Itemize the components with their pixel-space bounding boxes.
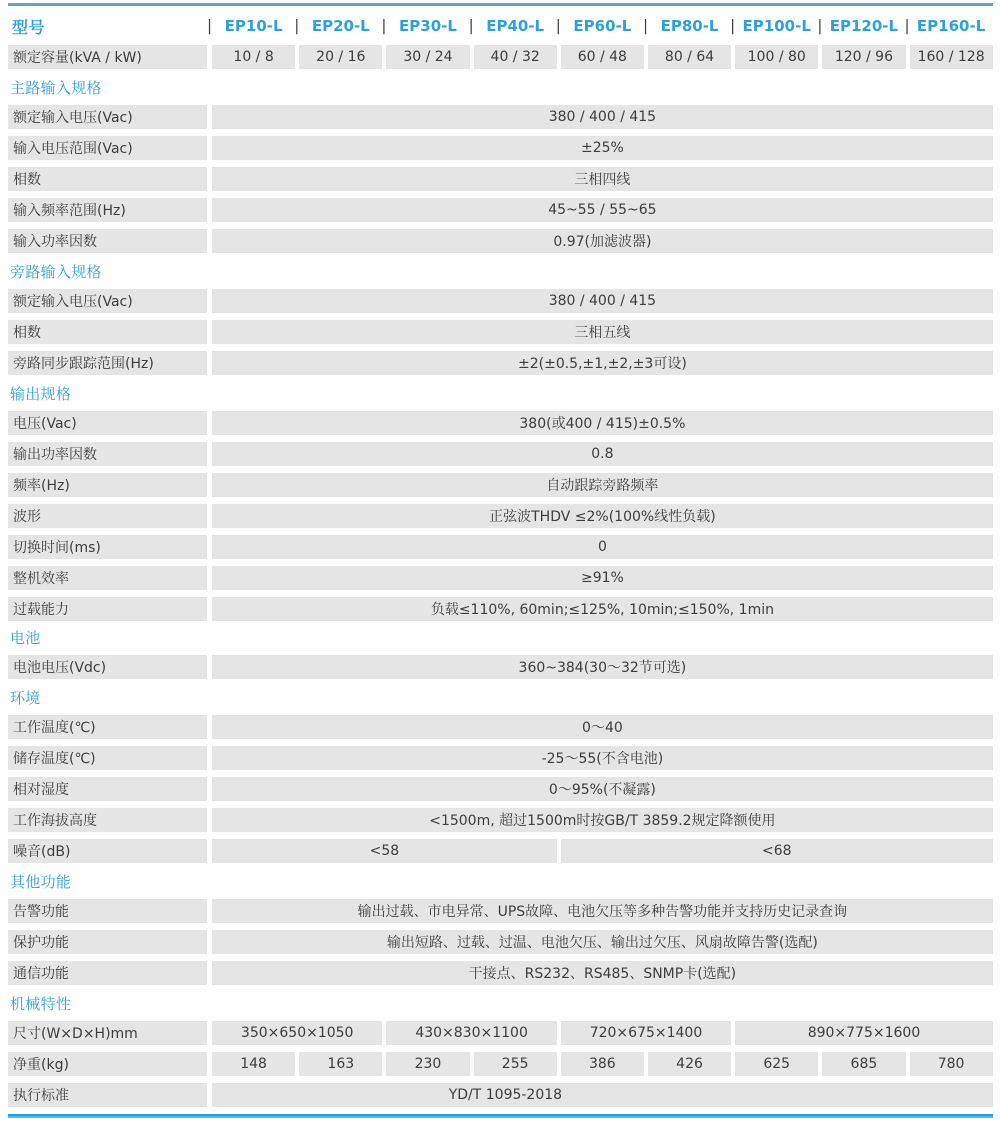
value-cell: 625	[735, 1052, 818, 1076]
row-label: 通信功能	[8, 961, 207, 985]
value-text: 30 / 24	[403, 49, 452, 65]
value-cell: 10 / 8	[212, 45, 295, 69]
value-text: ≥91%	[581, 570, 624, 586]
value-text: <1500m, 超过1500m时按GB/T 3859.2规定降额使用	[429, 810, 775, 830]
model-header-1: |EP10-L	[212, 17, 295, 35]
value-cell: 输出短路、过载、过温、电池欠压、输出过欠压、风扇故障告警(选配)	[212, 930, 993, 954]
row-label: 工作温度(℃)	[8, 715, 207, 739]
row-label: 切换时间(ms)	[8, 535, 207, 559]
value-text: 720×675×1400	[590, 1025, 703, 1041]
value-text: 正弦波THDV ≤2%(100%线性负载)	[489, 506, 716, 526]
model-header-cells: |EP10-L|EP20-L|EP30-L|EP40-L|EP60-L|EP80…	[212, 17, 993, 35]
value-cell: 0～95%(不凝露)	[212, 777, 993, 801]
value-text: 0	[598, 539, 607, 555]
value-cell: 380(或400 / 415)±0.5%	[212, 411, 993, 435]
value-cell: 430×830×1100	[386, 1021, 556, 1045]
spec-row: 通信功能干接点、RS232、RS485、SNMP卡(选配)	[8, 961, 993, 985]
value-cell: 干接点、RS232、RS485、SNMP卡(选配)	[212, 961, 993, 985]
section-title: 输出规格	[8, 384, 993, 403]
value-cell: 380 / 400 / 415	[212, 289, 993, 313]
value-text: 三相四线	[574, 169, 630, 189]
row-cells: 0～95%(不凝露)	[212, 777, 993, 801]
value-text: <68	[762, 843, 792, 859]
value-cell: 160 / 128	[910, 45, 993, 69]
value-cell: 426	[648, 1052, 731, 1076]
row-label: 工作海拔高度	[8, 808, 207, 832]
row-cells: 干接点、RS232、RS485、SNMP卡(选配)	[212, 961, 993, 985]
spec-row: 切换时间(ms)0	[8, 535, 993, 559]
row-cells: 45~55 / 55~65	[212, 198, 993, 222]
section-title: 机械特性	[8, 994, 993, 1013]
value-cell: 输出过载、市电异常、UPS故障、电池欠压等多种告警功能并支持历史记录查询	[212, 899, 993, 923]
row-label: 额定输入电压(Vac)	[8, 289, 207, 313]
spec-row: 保护功能输出短路、过载、过温、电池欠压、输出过欠压、风扇故障告警(选配)	[8, 930, 993, 954]
spec-row: 噪音(dB)<58<68	[8, 839, 993, 863]
row-cells: 自动跟踪旁路频率	[212, 473, 993, 497]
model-name: EP30-L	[399, 17, 457, 35]
spec-row: 储存温度(℃)-25～55(不含电池)	[8, 746, 993, 770]
value-cell: 720×675×1400	[561, 1021, 731, 1045]
row-label: 旁路同步跟踪范围(Hz)	[8, 351, 207, 375]
spec-row: 执行标准YD/T 1095-2018	[8, 1083, 993, 1107]
row-label: 执行标准	[8, 1083, 207, 1107]
spec-row: 告警功能输出过载、市电异常、UPS故障、电池欠压等多种告警功能并支持历史记录查询	[8, 899, 993, 923]
value-cell: 三相五线	[212, 320, 993, 344]
value-text: 685	[851, 1056, 878, 1072]
value-cell: <58	[212, 839, 557, 863]
value-text: <58	[370, 843, 400, 859]
value-text: -25～55(不含电池)	[542, 748, 664, 768]
row-cells: 正弦波THDV ≤2%(100%线性负载)	[212, 504, 993, 528]
row-label: 相数	[8, 167, 207, 191]
row-cells: 0	[212, 535, 993, 559]
spec-row: 工作海拔高度<1500m, 超过1500m时按GB/T 3859.2规定降额使用	[8, 808, 993, 832]
spec-row: 相数三相四线	[8, 167, 993, 191]
value-text: 120 / 96	[835, 49, 893, 65]
row-label: 波形	[8, 504, 207, 528]
value-cell: ±25%	[212, 136, 993, 160]
value-text: 0～95%(不凝露)	[549, 779, 656, 799]
value-cell: 负载≤110%, 60min;≤125%, 10min;≤150%, 1min	[212, 597, 993, 621]
spec-row: 相数三相五线	[8, 320, 993, 344]
section-title: 环境	[8, 688, 993, 707]
row-label: 净重(kg)	[8, 1052, 207, 1076]
model-header-8: |EP120-L	[822, 17, 905, 35]
row-label: 电压(Vac)	[8, 411, 207, 435]
row-label: 整机效率	[8, 566, 207, 590]
spec-row: 相对湿度0～95%(不凝露)	[8, 777, 993, 801]
model-header-6: |EP80-L	[648, 17, 731, 35]
row-cells: 350×650×1050430×830×1100720×675×1400890×…	[212, 1021, 993, 1045]
model-name: EP120-L	[830, 17, 898, 35]
bottom-rule	[8, 1114, 993, 1118]
row-cells: 0.97(加滤波器)	[212, 229, 993, 253]
spec-row: 电压(Vac)380(或400 / 415)±0.5%	[8, 411, 993, 435]
model-header-label: 型号	[8, 15, 207, 38]
spec-row: 额定输入电压(Vac)380 / 400 / 415	[8, 105, 993, 129]
spec-row: 净重(kg)148163230255386426625685780	[8, 1052, 993, 1076]
column-separator: |	[730, 16, 735, 34]
column-separator: |	[817, 16, 822, 34]
row-cells: ±25%	[212, 136, 993, 160]
value-cell: 30 / 24	[386, 45, 469, 69]
row-label: 电池电压(Vdc)	[8, 655, 207, 679]
spec-sheet: 型号 |EP10-L|EP20-L|EP30-L|EP40-L|EP60-L|E…	[0, 3, 1000, 1118]
column-separator: |	[556, 16, 561, 34]
row-cells: YD/T 1095-2018	[212, 1083, 993, 1107]
row-label: 输入电压范围(Vac)	[8, 136, 207, 160]
value-text: 890×775×1600	[808, 1025, 921, 1041]
value-text: 80 / 64	[665, 49, 714, 65]
row-label: 过载能力	[8, 597, 207, 621]
value-text: 负载≤110%, 60min;≤125%, 10min;≤150%, 1min	[431, 599, 774, 619]
row-label: 额定输入电压(Vac)	[8, 105, 207, 129]
section-title: 电池	[8, 628, 993, 647]
value-cell: 正弦波THDV ≤2%(100%线性负载)	[212, 504, 993, 528]
row-cells: 380(或400 / 415)±0.5%	[212, 411, 993, 435]
value-text: ±2(±0.5,±1,±2,±3可设)	[518, 353, 687, 373]
column-separator: |	[381, 16, 386, 34]
value-cell: <68	[561, 839, 993, 863]
value-text: 148	[240, 1056, 267, 1072]
row-cells: 输出过载、市电异常、UPS故障、电池欠压等多种告警功能并支持历史记录查询	[212, 899, 993, 923]
row-cells: 三相四线	[212, 167, 993, 191]
spec-row: 波形正弦波THDV ≤2%(100%线性负载)	[8, 504, 993, 528]
row-label: 频率(Hz)	[8, 473, 207, 497]
model-name: EP10-L	[225, 17, 283, 35]
value-cell: 0	[212, 535, 993, 559]
value-cell: 780	[910, 1052, 993, 1076]
column-separator: |	[469, 16, 474, 34]
row-cells: <1500m, 超过1500m时按GB/T 3859.2规定降额使用	[212, 808, 993, 832]
value-cell: 120 / 96	[822, 45, 905, 69]
spec-row: 尺寸(W×D×H)mm350×650×1050430×830×1100720×6…	[8, 1021, 993, 1045]
model-header-5: |EP60-L	[561, 17, 644, 35]
value-text: 45~55 / 55~65	[548, 202, 656, 218]
row-cells: ±2(±0.5,±1,±2,±3可设)	[212, 351, 993, 375]
value-text: 163	[327, 1056, 354, 1072]
value-cell: 100 / 80	[735, 45, 818, 69]
row-cells: 0～40	[212, 715, 993, 739]
value-text: 100 / 80	[748, 49, 806, 65]
value-cell: 350×650×1050	[212, 1021, 382, 1045]
row-label: 保护功能	[8, 930, 207, 954]
model-name: EP60-L	[573, 17, 631, 35]
spec-row: 额定输入电压(Vac)380 / 400 / 415	[8, 289, 993, 313]
row-cells: 380 / 400 / 415	[212, 105, 993, 129]
row-label: 相对湿度	[8, 777, 207, 801]
model-name: EP160-L	[917, 17, 985, 35]
value-text: 干接点、RS232、RS485、SNMP卡(选配)	[469, 963, 736, 983]
row-cells: 输出短路、过载、过温、电池欠压、输出过欠压、风扇故障告警(选配)	[212, 930, 993, 954]
spec-row: 频率(Hz)自动跟踪旁路频率	[8, 473, 993, 497]
row-label: 储存温度(℃)	[8, 746, 207, 770]
row-label: 输入频率范围(Hz)	[8, 198, 207, 222]
value-text: 输出短路、过载、过温、电池欠压、输出过欠压、风扇故障告警(选配)	[387, 932, 818, 952]
value-cell: 360~384(30～32节可选)	[212, 655, 993, 679]
value-cell: ±2(±0.5,±1,±2,±3可设)	[212, 351, 993, 375]
value-cell: 255	[474, 1052, 557, 1076]
value-text: 380 / 400 / 415	[549, 293, 656, 309]
value-cell: ≥91%	[212, 566, 993, 590]
value-cell: 148	[212, 1052, 295, 1076]
value-cell: 0～40	[212, 715, 993, 739]
section-title: 主路输入规格	[8, 78, 993, 97]
column-separator: |	[905, 16, 910, 34]
row-cells: 三相五线	[212, 320, 993, 344]
value-cell: 三相四线	[212, 167, 993, 191]
model-header-4: |EP40-L	[474, 17, 557, 35]
value-text: 160 / 128	[918, 49, 985, 65]
row-label: 噪音(dB)	[8, 839, 207, 863]
model-header-2: |EP20-L	[299, 17, 382, 35]
value-text: 780	[938, 1056, 965, 1072]
model-header-9: |EP160-L	[910, 17, 993, 35]
value-text: 230	[415, 1056, 442, 1072]
row-label: 输出功率因数	[8, 442, 207, 466]
value-text: 386	[589, 1056, 616, 1072]
value-text: 40 / 32	[491, 49, 540, 65]
value-text: YD/T 1095-2018	[449, 1087, 562, 1103]
spec-row: 过载能力负载≤110%, 60min;≤125%, 10min;≤150%, 1…	[8, 597, 993, 621]
row-label: 告警功能	[8, 899, 207, 923]
row-label: 额定容量(kVA / kW)	[8, 45, 207, 69]
section-title: 其他功能	[8, 872, 993, 891]
model-header-7: |EP100-L	[735, 17, 818, 35]
value-text: 20 / 16	[316, 49, 365, 65]
value-text: 60 / 48	[578, 49, 627, 65]
value-text: 380 / 400 / 415	[549, 109, 656, 125]
value-text: 380(或400 / 415)±0.5%	[519, 413, 685, 433]
spec-row: 输入电压范围(Vac)±25%	[8, 136, 993, 160]
row-label: 相数	[8, 320, 207, 344]
value-cell: -25～55(不含电池)	[212, 746, 993, 770]
value-text: 430×830×1100	[415, 1025, 528, 1041]
value-cell: 380 / 400 / 415	[212, 105, 993, 129]
value-cell: 80 / 64	[648, 45, 731, 69]
spec-table-body: 额定容量(kVA / kW)10 / 820 / 1630 / 2440 / 3…	[8, 45, 993, 1107]
value-text: 输出过载、市电异常、UPS故障、电池欠压等多种告警功能并支持历史记录查询	[358, 901, 848, 921]
value-text: 350×650×1050	[241, 1025, 354, 1041]
row-cells: 负载≤110%, 60min;≤125%, 10min;≤150%, 1min	[212, 597, 993, 621]
spec-row: 额定容量(kVA / kW)10 / 820 / 1630 / 2440 / 3…	[8, 45, 993, 69]
value-cell: 386	[561, 1052, 644, 1076]
spec-row: 输出功率因数0.8	[8, 442, 993, 466]
value-text: 0.97(加滤波器)	[553, 231, 651, 251]
spec-row: 输入频率范围(Hz)45~55 / 55~65	[8, 198, 993, 222]
row-cells: ≥91%	[212, 566, 993, 590]
value-cell: 0.97(加滤波器)	[212, 229, 993, 253]
row-cells: 380 / 400 / 415	[212, 289, 993, 313]
value-cell: 60 / 48	[561, 45, 644, 69]
column-separator: |	[207, 16, 212, 34]
model-name: EP20-L	[312, 17, 370, 35]
top-rule	[8, 3, 993, 6]
value-cell: 163	[299, 1052, 382, 1076]
spec-row: 整机效率≥91%	[8, 566, 993, 590]
value-text: 自动跟踪旁路频率	[546, 475, 658, 495]
row-cells: 360~384(30～32节可选)	[212, 655, 993, 679]
spec-row: 输入功率因数0.97(加滤波器)	[8, 229, 993, 253]
spec-row: 电池电压(Vdc)360~384(30～32节可选)	[8, 655, 993, 679]
value-text: 10 / 8	[233, 49, 273, 65]
value-cell: 45~55 / 55~65	[212, 198, 993, 222]
value-cell: YD/T 1095-2018	[212, 1083, 993, 1107]
value-cell: 685	[822, 1052, 905, 1076]
value-text: 0.8	[591, 446, 613, 462]
row-cells: 0.8	[212, 442, 993, 466]
value-cell: 20 / 16	[299, 45, 382, 69]
model-header-3: |EP30-L	[386, 17, 469, 35]
row-label: 尺寸(W×D×H)mm	[8, 1021, 207, 1045]
row-cells: 10 / 820 / 1630 / 2440 / 3260 / 4880 / 6…	[212, 45, 993, 69]
spec-row: 工作温度(℃)0～40	[8, 715, 993, 739]
value-cell: 890×775×1600	[735, 1021, 993, 1045]
row-cells: <58<68	[212, 839, 993, 863]
row-cells: -25～55(不含电池)	[212, 746, 993, 770]
value-text: 426	[676, 1056, 703, 1072]
value-text: 0～40	[582, 717, 623, 737]
value-cell: 40 / 32	[474, 45, 557, 69]
value-text: 360~384(30～32节可选)	[519, 657, 687, 677]
column-separator: |	[294, 16, 299, 34]
value-text: 625	[763, 1056, 790, 1072]
column-separator: |	[643, 16, 648, 34]
row-label: 输入功率因数	[8, 229, 207, 253]
value-cell: <1500m, 超过1500m时按GB/T 3859.2规定降额使用	[212, 808, 993, 832]
model-header-row: 型号 |EP10-L|EP20-L|EP30-L|EP40-L|EP60-L|E…	[8, 12, 993, 40]
value-text: 255	[502, 1056, 529, 1072]
value-cell: 230	[386, 1052, 469, 1076]
value-text: ±25%	[581, 140, 624, 156]
row-cells: 148163230255386426625685780	[212, 1052, 993, 1076]
spec-row: 旁路同步跟踪范围(Hz)±2(±0.5,±1,±2,±3可设)	[8, 351, 993, 375]
model-name: EP80-L	[661, 17, 719, 35]
value-cell: 0.8	[212, 442, 993, 466]
model-name: EP100-L	[743, 17, 811, 35]
value-cell: 自动跟踪旁路频率	[212, 473, 993, 497]
value-text: 三相五线	[574, 322, 630, 342]
model-name: EP40-L	[486, 17, 544, 35]
section-title: 旁路输入规格	[8, 262, 993, 281]
